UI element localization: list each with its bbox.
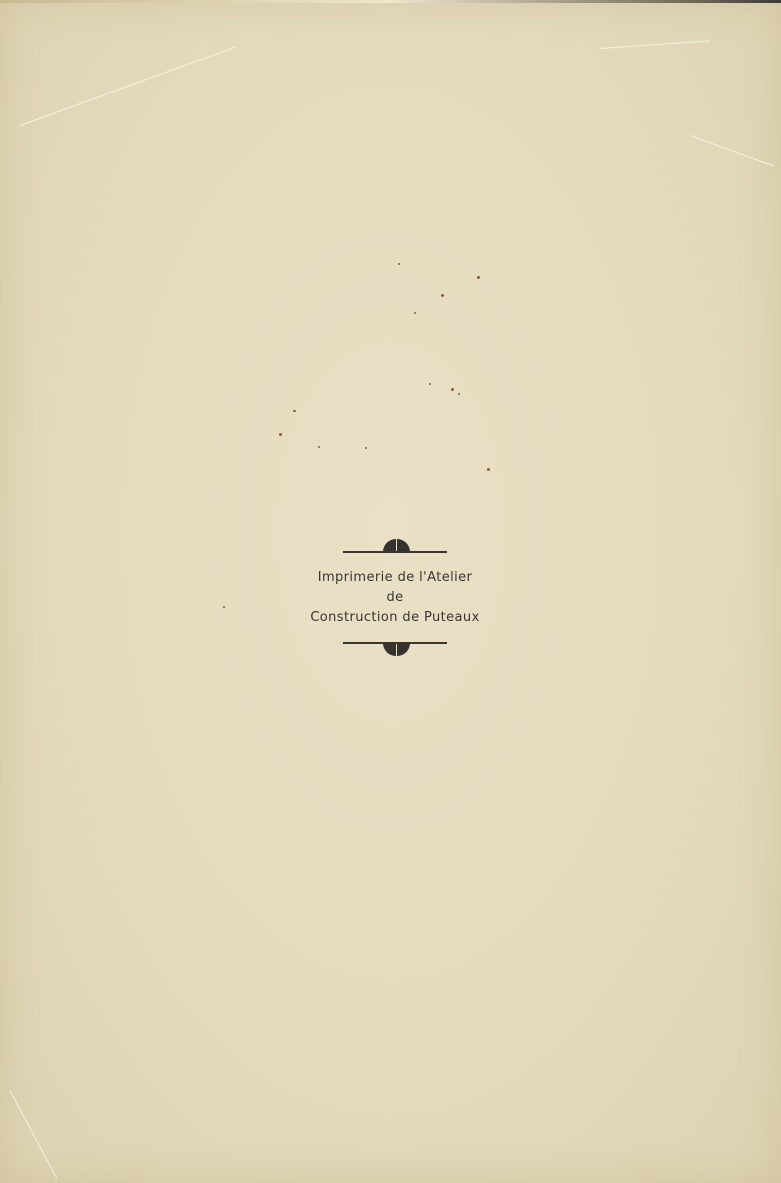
paper-crease xyxy=(600,40,710,49)
foxing-speck xyxy=(293,410,296,412)
foxing-speck xyxy=(477,276,480,279)
foxing-speck xyxy=(487,468,490,471)
page-top-edge xyxy=(0,0,781,3)
imprint-line-3: Construction de Puteaux xyxy=(300,610,490,626)
paper-crease xyxy=(690,135,775,167)
foxing-speck xyxy=(451,388,454,391)
fleuron-bottom-right-icon xyxy=(397,643,410,656)
foxing-speck xyxy=(318,446,320,448)
fleuron-bottom-left-icon xyxy=(383,643,396,656)
imprint-line-1: Imprimerie de l'Atelier xyxy=(300,570,490,586)
back-cover-page: Imprimerie de l'Atelier de Construction … xyxy=(0,0,781,1183)
foxing-speck xyxy=(398,263,400,265)
foxing-speck xyxy=(223,606,225,608)
foxing-speck xyxy=(458,393,460,395)
top-rule xyxy=(343,551,447,553)
foxing-speck xyxy=(414,312,416,314)
paper-crease xyxy=(20,46,236,126)
paper-crease xyxy=(10,1090,58,1179)
imprint-line-2: de xyxy=(300,590,490,606)
foxing-speck xyxy=(365,447,367,449)
foxing-speck xyxy=(279,433,282,436)
foxing-speck xyxy=(429,383,431,385)
foxing-speck xyxy=(441,294,444,297)
